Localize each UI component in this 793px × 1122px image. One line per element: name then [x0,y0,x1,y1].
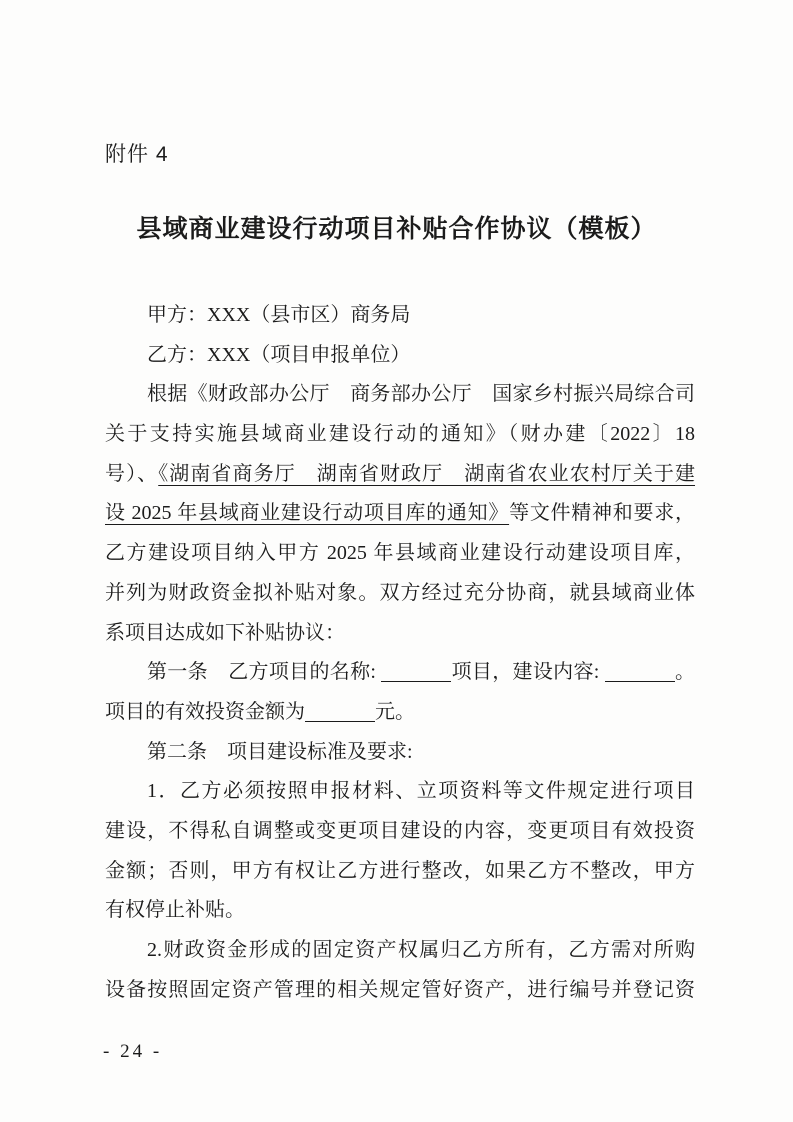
document-line: 项目的有效投资金额为元。 [105,693,695,733]
text-run: 乙方建设项目纳入甲方 2025 年县域商业建设行动建设项目库， [105,542,695,564]
text-run: 第一条 乙方项目的名称: [147,661,381,683]
text-run: 等文件精神和要求， [509,502,695,524]
text-run: 乙方：XXX（项目申报单位） [147,344,410,366]
document-line: 第二条 项目建设标准及要求: [105,733,695,773]
text-run: 系项目达成如下补贴协议： [105,622,345,644]
text-run: 号）、 [105,463,158,485]
text-run: 关于支持实施县域商业建设行动的通知》（财办建〔2022〕18 [105,423,695,445]
text-run: 第二条 项目建设标准及要求: [147,741,413,763]
document-title: 县域商业建设行动项目补贴合作协议（模板） [0,211,793,249]
text-run: 甲方：XXX（县市区）商务局 [147,304,410,326]
text-run: 有权停止补贴。 [105,899,245,921]
attachment-label: 附件 4 [105,140,169,170]
document-line: 乙方：XXX（项目申报单位） [105,336,695,376]
document-page: 附件 4 县域商业建设行动项目补贴合作协议（模板） 甲方：XXX（县市区）商务局… [0,0,793,1122]
text-run: 建设，不得私自调整或变更项目建设的内容，变更项目有效投资 [105,820,695,842]
document-line: 金额；否则，甲方有权让乙方进行整改，如果乙方不整改，甲方 [105,852,695,892]
document-line: 建设，不得私自调整或变更项目建设的内容，变更项目有效投资 [105,812,695,852]
blank-underline-field [605,667,675,682]
document-line: 并列为财政资金拟补贴对象。双方经过充分协商，就县域商业体 [105,574,695,614]
underlined-text-run: 《湖南省商务厅 湖南省财政厅 湖南省农业农村厅关于建 [158,463,695,485]
document-line: 第一条 乙方项目的名称: 项目，建设内容: 。 [105,653,695,693]
text-run: 项目的有效投资金额为 [105,701,305,723]
page-number: - 24 - [103,1041,162,1063]
text-run: 项目，建设内容: [451,661,604,683]
text-run: 根据《财政部办公厅 商务部办公厅 国家乡村振兴局综合司 [147,383,695,405]
text-run: 2.财政资金形成的固定资产权属归乙方所有，乙方需对所购 [147,939,695,961]
document-line: 关于支持实施县域商业建设行动的通知》（财办建〔2022〕18 [105,415,695,455]
text-run: 1．乙方必须按照申报材料、立项资料等文件规定进行项目 [147,780,695,802]
blank-underline-field [305,707,375,722]
document-line: 系项目达成如下补贴协议： [105,614,695,654]
text-run: 。 [675,661,695,683]
document-line: 根据《财政部办公厅 商务部办公厅 国家乡村振兴局综合司 [105,375,695,415]
text-run: 元。 [375,701,415,723]
text-run: 设备按照固定资产管理的相关规定管好资产，进行编号并登记资 [105,979,695,1001]
document-line: 设备按照固定资产管理的相关规定管好资产，进行编号并登记资 [105,971,695,1011]
document-line: 号）、《湖南省商务厅 湖南省财政厅 湖南省农业农村厅关于建 [105,455,695,495]
blank-underline-field [381,667,451,682]
document-line: 乙方建设项目纳入甲方 2025 年县域商业建设行动建设项目库， [105,534,695,574]
text-run: 金额；否则，甲方有权让乙方进行整改，如果乙方不整改，甲方 [105,860,695,882]
text-run: 并列为财政资金拟补贴对象。双方经过充分协商，就县域商业体 [105,582,695,604]
document-line: 设 2025 年县域商业建设行动项目库的通知》等文件精神和要求， [105,494,695,534]
document-line: 有权停止补贴。 [105,891,695,931]
document-line: 甲方：XXX（县市区）商务局 [105,296,695,336]
document-line: 2.财政资金形成的固定资产权属归乙方所有，乙方需对所购 [105,931,695,971]
underlined-text-run: 设 2025 年县域商业建设行动项目库的通知》 [105,502,509,524]
document-line: 1．乙方必须按照申报材料、立项资料等文件规定进行项目 [105,772,695,812]
document-body: 甲方：XXX（县市区）商务局乙方：XXX（项目申报单位）根据《财政部办公厅 商务… [105,296,695,1010]
